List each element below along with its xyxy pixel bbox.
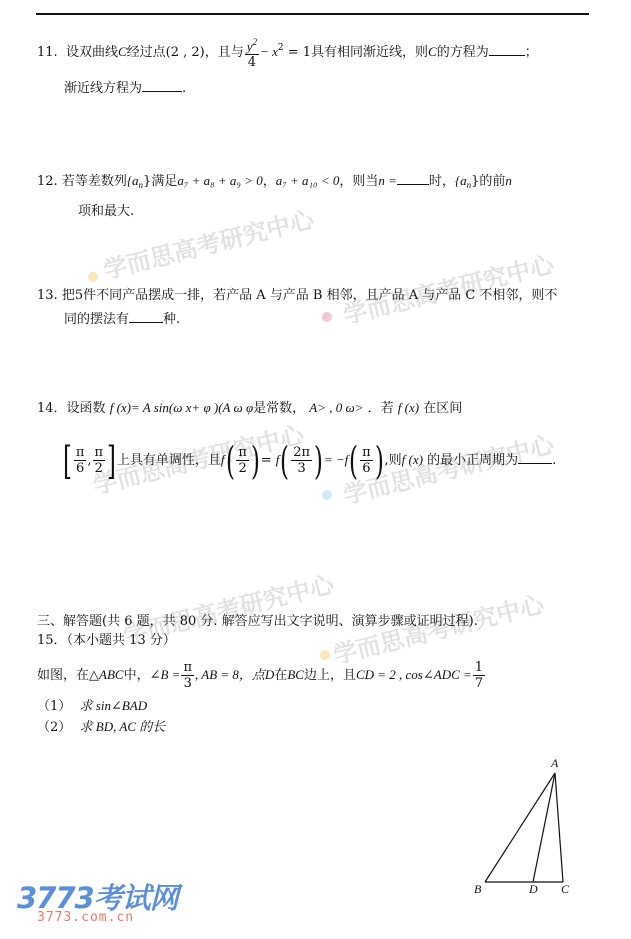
math-function: f (x) bbox=[398, 400, 419, 415]
text: 是常数， bbox=[253, 401, 305, 416]
numerator: π bbox=[74, 445, 87, 461]
math-var: C bbox=[118, 44, 127, 59]
fraction: π6 bbox=[360, 445, 373, 476]
math: CD = 2 , cos∠ADC = bbox=[356, 667, 472, 682]
math: − x bbox=[260, 44, 278, 59]
text: ．若 bbox=[368, 401, 394, 416]
fraction: π2 bbox=[93, 445, 106, 476]
text: 求 sin∠BAD bbox=[80, 698, 148, 713]
answer-blank[interactable] bbox=[397, 170, 429, 185]
math-var: ABC bbox=[99, 667, 124, 682]
math-condition: A> , 0 ω> bbox=[309, 400, 363, 415]
math-var: n bbox=[505, 173, 512, 188]
question-14-line2: [π6,π2]上具有单调性，且f(π2)= f(2π3)= −f(π6),则f … bbox=[62, 442, 556, 479]
fraction: π2 bbox=[236, 445, 249, 476]
math-function: f bbox=[276, 452, 280, 467]
question-15-part-2: （2） 求 BD, AC 的长 bbox=[37, 717, 165, 738]
denominator: 3 bbox=[296, 461, 308, 476]
question-11-line1: 11. 设双曲线C经过点(2 , 2)，且与y24− x2 = 1具有相同渐近线… bbox=[37, 35, 538, 70]
question-13-line2: 同的摆法有种. bbox=[64, 308, 180, 330]
text: 若等差数列 bbox=[62, 174, 127, 189]
question-14-line1: 14．设函数 f (x)= A sin(ω x+ φ )(A ω φ是常数， A… bbox=[37, 398, 462, 419]
math-var: BC bbox=[287, 667, 304, 682]
fraction: 2π3 bbox=[291, 445, 312, 476]
answer-blank[interactable] bbox=[142, 77, 182, 92]
text: 边上，且 bbox=[304, 668, 356, 683]
question-number: 13. bbox=[37, 288, 58, 303]
question-number: 11. bbox=[37, 45, 58, 60]
question-15-stem: 如图，在△ABC中，∠B =π3, AB = 8，点D在BC边上，且CD = 2… bbox=[37, 660, 486, 691]
math-condition: a₇ + a₁₀ < 0 bbox=[276, 173, 340, 188]
question-12-line2: 项和最大. bbox=[78, 202, 134, 222]
header-rule bbox=[36, 13, 589, 15]
paren-right: ) bbox=[251, 444, 260, 478]
exponent: 2 bbox=[253, 37, 258, 47]
text: 把5件不同产品摆成一排，若产品 A 与产品 B 相邻，且产品 A 与产品 C 不… bbox=[62, 288, 558, 303]
vertex-label-d: D bbox=[528, 882, 538, 895]
text: ，且与 bbox=[205, 45, 244, 60]
text: 设双曲线 bbox=[66, 45, 118, 60]
numerator: 2π bbox=[291, 445, 312, 461]
text: 同的摆法有 bbox=[64, 312, 129, 327]
text: ,则 bbox=[385, 453, 402, 468]
watermark-logo-icon bbox=[322, 490, 332, 500]
math: ∠B = bbox=[150, 667, 181, 682]
denominator: 6 bbox=[360, 461, 372, 476]
answer-blank[interactable] bbox=[129, 308, 163, 323]
question-13-line1: 13. 把5件不同产品摆成一排，若产品 A 与产品 B 相邻，且产品 A 与产品… bbox=[37, 286, 557, 306]
denominator: 2 bbox=[93, 461, 105, 476]
math: {a bbox=[455, 173, 467, 188]
answer-blank[interactable] bbox=[518, 449, 552, 464]
site-url[interactable]: 3773.com.cn bbox=[37, 910, 134, 925]
text: 的最小正周期为 bbox=[427, 453, 518, 468]
text: 渐近线方程为 bbox=[64, 81, 142, 96]
math: , AB = 8，点 bbox=[195, 667, 265, 682]
text: 在区间 bbox=[423, 401, 462, 416]
numerator: 1 bbox=[473, 660, 485, 676]
math-point: (2 , 2) bbox=[166, 45, 205, 60]
denominator: 7 bbox=[473, 676, 485, 691]
math: n = bbox=[378, 173, 397, 188]
text: . bbox=[552, 453, 556, 468]
watermark-logo-icon bbox=[320, 650, 330, 660]
part-label: （2） bbox=[37, 720, 71, 735]
text: 种. bbox=[163, 312, 180, 327]
math-function: f bbox=[221, 452, 225, 467]
paren-left: ( bbox=[280, 444, 289, 478]
text: 的前 bbox=[479, 174, 505, 189]
text: 中， bbox=[124, 668, 150, 683]
text: 的方程为 bbox=[437, 45, 489, 60]
answer-blank[interactable] bbox=[489, 41, 525, 56]
paren-right: ) bbox=[375, 444, 384, 478]
text: 设函数 bbox=[67, 401, 106, 416]
question-15-header: 15．（本小题共 13 分） bbox=[37, 631, 176, 651]
question-number: 14． bbox=[37, 401, 67, 416]
math: = −f bbox=[324, 452, 348, 467]
fraction: y24 bbox=[245, 35, 259, 70]
numerator: π bbox=[93, 445, 106, 461]
text: 求 BD, AC 的长 bbox=[80, 719, 166, 734]
paren-right: ) bbox=[314, 444, 323, 478]
part-label: （1） bbox=[37, 699, 71, 714]
text: = bbox=[261, 453, 272, 468]
denominator: 2 bbox=[236, 461, 248, 476]
denominator: 4 bbox=[246, 55, 258, 70]
text: 时， bbox=[429, 174, 455, 189]
question-number: 12. bbox=[37, 174, 58, 189]
math: {a bbox=[127, 173, 139, 188]
text: 如图，在△ bbox=[37, 668, 99, 683]
text: ， bbox=[263, 174, 276, 189]
denominator: 6 bbox=[74, 461, 86, 476]
vertex-label-c: C bbox=[561, 882, 570, 895]
triangle-figure: A B D C bbox=[470, 755, 590, 895]
math-condition: a₇ + a₈ + a₉ > 0 bbox=[177, 173, 262, 188]
math-function: f (x)= A sin(ω x+ φ )(A ω φ bbox=[110, 400, 253, 415]
text: 满足 bbox=[151, 174, 177, 189]
math-var: D bbox=[265, 667, 274, 682]
bracket-right: ] bbox=[107, 444, 116, 478]
math-var: C bbox=[428, 44, 437, 59]
denominator: 3 bbox=[182, 676, 194, 691]
text: ； bbox=[525, 45, 538, 60]
numerator: π bbox=[181, 660, 194, 676]
paren-left: ( bbox=[225, 444, 234, 478]
math-function: f (x) bbox=[402, 452, 423, 467]
question-12-line1: 12. 若等差数列{an}满足a₇ + a₈ + a₉ > 0，a₇ + a₁₀… bbox=[37, 170, 512, 195]
bracket-left: [ bbox=[63, 444, 72, 478]
text: 上具有单调性，且 bbox=[117, 453, 221, 468]
text: 经过点 bbox=[127, 45, 166, 60]
fraction: π6 bbox=[74, 445, 87, 476]
question-15-part-1: （1） 求 sin∠BAD bbox=[37, 696, 147, 717]
vertex-label-a: A bbox=[550, 756, 559, 770]
text: = 1具有相同渐近线，则 bbox=[284, 45, 428, 60]
watermark-logo-icon bbox=[322, 312, 332, 322]
text: ，则当 bbox=[339, 174, 378, 189]
numerator: π bbox=[360, 445, 373, 461]
text: 在 bbox=[274, 668, 287, 683]
fraction: 17 bbox=[473, 660, 485, 691]
watermark-logo-icon bbox=[88, 272, 98, 282]
paren-left: ( bbox=[349, 444, 358, 478]
numerator: π bbox=[236, 445, 249, 461]
question-11-line2: 渐近线方程为. bbox=[64, 77, 186, 99]
section-heading: 三、解答题(共 6 题，共 80 分. 解答应写出文字说明、演算步骤或证明过程)… bbox=[37, 612, 478, 632]
vertex-label-b: B bbox=[474, 882, 482, 895]
text: . bbox=[182, 81, 186, 96]
fraction: π3 bbox=[181, 660, 194, 691]
